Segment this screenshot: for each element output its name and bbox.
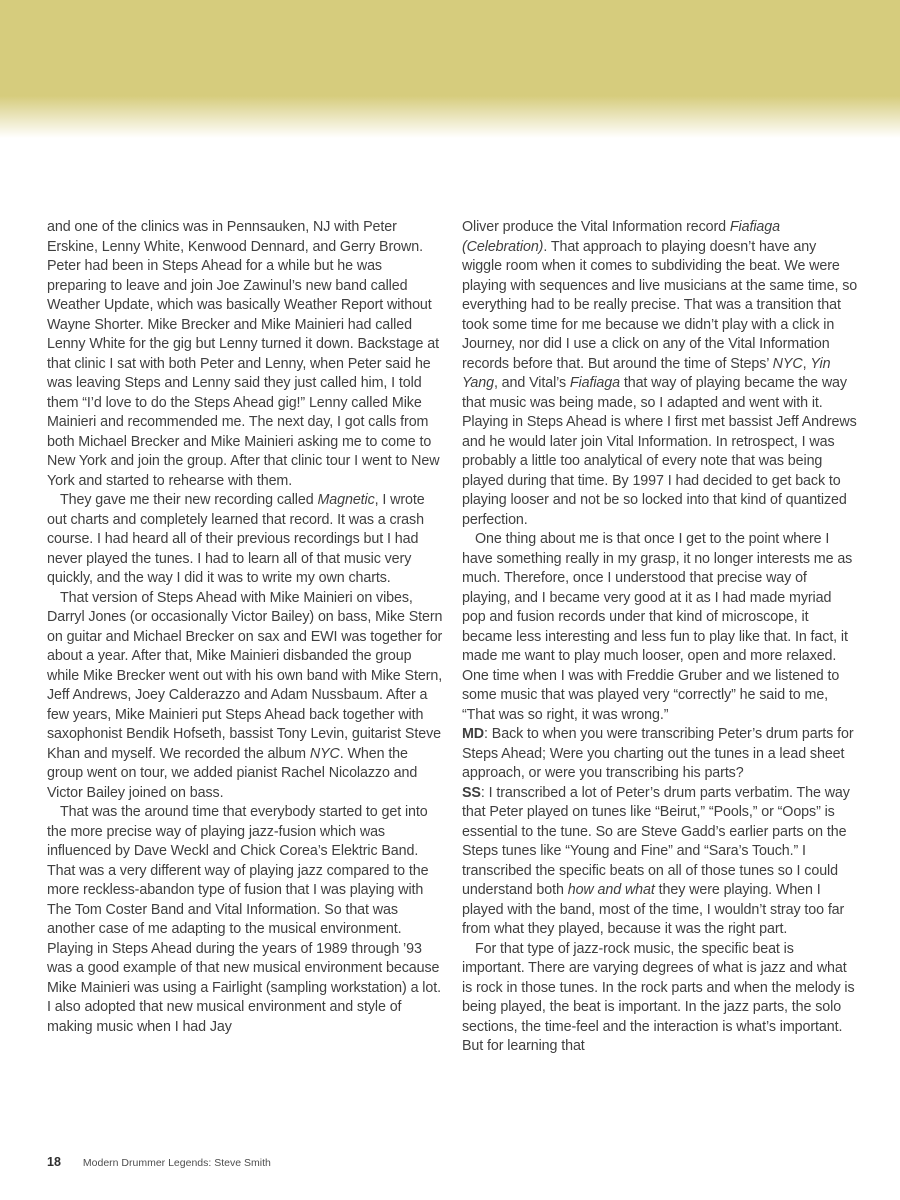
right-column: Oliver produce the Vital Information rec… [462,218,858,1057]
book-title: Modern Drummer Legends: Steve Smith [83,1157,271,1169]
top-decorative-band [0,0,900,140]
text-run: Fiafiaga [570,375,620,391]
text-run: NYC [310,746,340,762]
paragraph: SS: I transcribed a lot of Peter’s drum … [462,784,858,940]
text-run: They gave me their new recording called [60,492,317,508]
text-run: That was the around time that everybody … [47,804,441,1035]
text-run: and one of the clinics was in Pennsauken… [47,219,439,489]
text-run: NYC [773,356,803,372]
text-run: For that type of jazz-rock music, the sp… [462,941,855,1055]
paragraph: That version of Steps Ahead with Mike Ma… [47,589,443,804]
text-run: . That approach to playing doesn’t have … [462,239,857,372]
text-run: Oliver produce the Vital Information rec… [462,219,730,235]
text-run: SS [462,785,481,801]
text-run: One thing about me is that once I get to… [462,531,852,723]
paragraph: Oliver produce the Vital Information rec… [462,218,858,530]
text-run: : I transcribed a lot of Peter’s drum pa… [462,785,850,899]
paragraph: They gave me their new recording called … [47,491,443,589]
text-run: That version of Steps Ahead with Mike Ma… [47,590,442,762]
text-run: , and Vital’s [494,375,570,391]
text-run: how and what [568,882,655,898]
page: and one of the clinics was in Pennsauken… [0,0,900,1200]
paragraph: That was the around time that everybody … [47,803,443,1037]
paragraph: MD: Back to when you were transcribing P… [462,725,858,784]
text-run: MD [462,726,484,742]
text-run: that way of playing became the way that … [462,375,857,528]
page-footer: 18 Modern Drummer Legends: Steve Smith [47,1155,847,1169]
paragraph: and one of the clinics was in Pennsauken… [47,218,443,491]
text-run: Magnetic [317,492,374,508]
text-run: : Back to when you were transcribing Pet… [462,726,853,781]
paragraph: One thing about me is that once I get to… [462,530,858,725]
left-column: and one of the clinics was in Pennsauken… [47,218,443,1037]
paragraph: For that type of jazz-rock music, the sp… [462,940,858,1057]
page-number: 18 [47,1155,61,1169]
